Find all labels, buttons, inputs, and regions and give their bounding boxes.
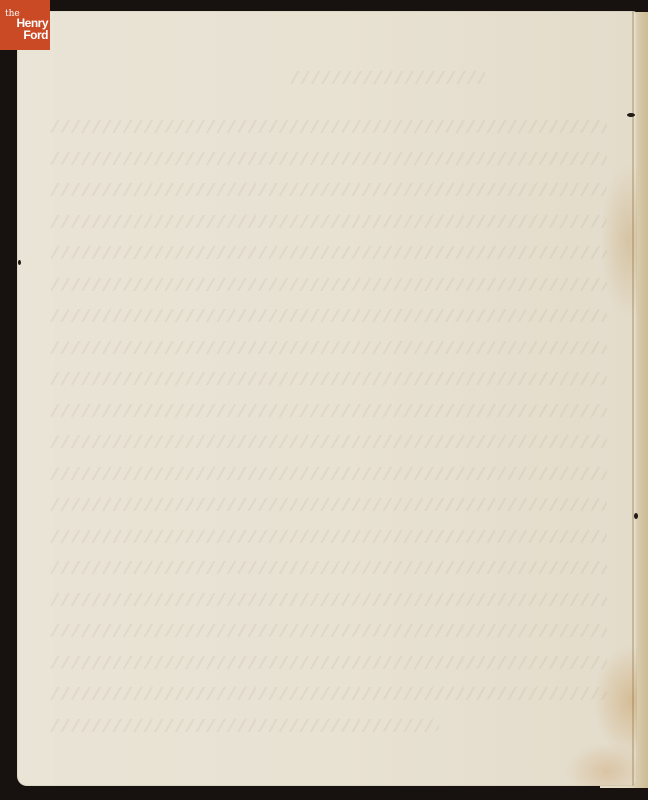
page-fold-line (632, 11, 634, 786)
bleed-through-line (47, 246, 607, 259)
bleed-through-line (47, 435, 607, 448)
ink-spot (18, 260, 21, 265)
manuscript-page (17, 11, 637, 786)
ink-spot (627, 113, 635, 117)
bleed-through-line (47, 372, 607, 385)
bleed-through-line (47, 498, 607, 511)
logo-text-ford: Ford (23, 29, 48, 41)
logo-text-henry: Henry (16, 17, 48, 29)
bleed-through-line (47, 656, 607, 669)
bleed-through-line (47, 719, 439, 732)
bleed-through-line (47, 467, 607, 480)
bleed-through-line (47, 404, 607, 417)
scanned-document (0, 0, 648, 800)
henry-ford-logo: the Henry Ford (0, 0, 50, 50)
bleed-through-line (47, 341, 607, 354)
bleed-through-text (47, 71, 607, 750)
bleed-through-line (47, 183, 607, 196)
bleed-through-line (47, 152, 607, 165)
bleed-through-line (47, 624, 607, 637)
bleed-through-heading (287, 71, 487, 84)
bleed-through-line (47, 215, 607, 228)
bleed-through-line (47, 593, 607, 606)
ink-spot (634, 513, 638, 519)
bleed-through-line (47, 278, 607, 291)
bleed-through-line (47, 561, 607, 574)
bleed-through-line (47, 687, 607, 700)
bleed-through-line (47, 530, 607, 543)
bleed-through-line (47, 309, 607, 322)
bleed-through-line (47, 120, 607, 133)
